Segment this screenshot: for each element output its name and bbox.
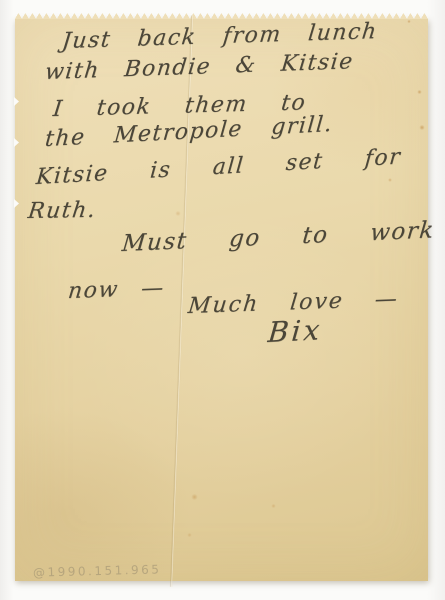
handwriting-line-8: now — [67,278,166,303]
stain-spot [388,178,392,182]
edge-notch [14,97,19,106]
stain-spot [175,211,181,216]
edge-notch [14,138,19,147]
handwriting-line-1: Just back from lunch [61,21,379,53]
handwriting-line-2: with Bondie & Kitsie [44,51,355,84]
stain-spot [419,125,425,130]
edge-notch [14,199,19,208]
stain-spot [271,504,276,508]
handwriting-line-6: Ruth. [27,200,98,223]
handwriting-line-7: Must go to work [121,219,436,256]
stain-spot [417,90,422,94]
stain-spot [191,494,198,500]
handwriting-line-5: Kitsie is all set for [35,147,402,190]
scan-background: Just back from lunch with Bondie & Kitsi… [0,0,445,600]
stain-spot [187,533,192,537]
stain-spot [407,20,411,23]
accession-number: @1990.151.965 [33,562,162,579]
letter-paper: Just back from lunch with Bondie & Kitsi… [15,19,428,581]
signature-line: Bix [267,316,324,347]
torn-edge [15,13,428,19]
